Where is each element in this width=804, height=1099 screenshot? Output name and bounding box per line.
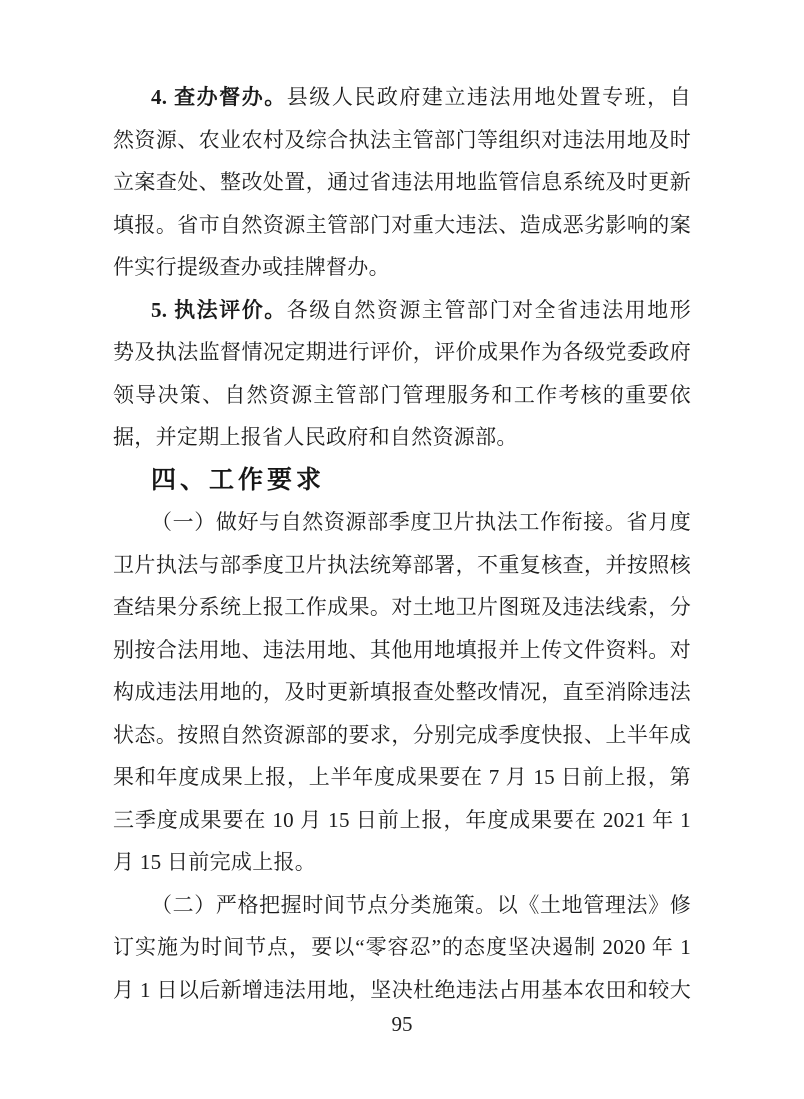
text-line: 势及执法监督情况定期进行评价，评价成果作为各级党委政府 — [113, 331, 691, 374]
paragraph-lead: 5. 执法评价。 — [151, 298, 287, 322]
paragraph-lead: 4. 查办督办。 — [151, 85, 287, 109]
text-line: 据，并定期上报省人民政府和自然资源部。 — [113, 416, 691, 459]
section-heading: 四、工作要求 — [113, 459, 691, 502]
text-line: 别按合法用地、违法用地、其他用地填报并上传文件资料。对 — [113, 629, 691, 672]
text-line: 填报。省市自然资源主管部门对重大违法、造成恶劣影响的案 — [113, 204, 691, 247]
paragraph-first-line: 4. 查办督办。县级人民政府建立违法用地处置专班，自 — [113, 76, 691, 119]
text-line: 三季度成果要在 10 月 15 日前上报，年度成果要在 2021 年 1 — [113, 799, 691, 842]
text-run: 县级人民政府建立违法用地处置专班，自 — [287, 85, 691, 109]
text-line: 果和年度成果上报，上半年度成果要在 7 月 15 日前上报，第 — [113, 756, 691, 799]
text-line: 订实施为时间节点，要以“零容忍”的态度坚决遏制 2020 年 1 — [113, 926, 691, 969]
paragraph-first-line: （一）做好与自然资源部季度卫片执法工作衔接。省月度 — [113, 501, 691, 544]
text-line: 立案查处、整改处置，通过省违法用地监管信息系统及时更新 — [113, 161, 691, 204]
document-page: 4. 查办督办。县级人民政府建立违法用地处置专班，自 然资源、农业农村及综合执法… — [0, 0, 804, 1099]
paragraph-first-line: 5. 执法评价。各级自然资源主管部门对全省违法用地形 — [113, 289, 691, 332]
text-run: 各级自然资源主管部门对全省违法用地形 — [287, 298, 691, 322]
text-line: 月 1 日以后新增违法用地，坚决杜绝违法占用基本农田和较大 — [113, 969, 691, 1012]
document-body: 4. 查办督办。县级人民政府建立违法用地处置专班，自 然资源、农业农村及综合执法… — [113, 76, 691, 1011]
text-line: 卫片执法与部季度卫片执法统筹部署，不重复核查，并按照核 — [113, 544, 691, 587]
page-number: 95 — [0, 1012, 804, 1037]
text-line: 查结果分系统上报工作成果。对土地卫片图斑及违法线索，分 — [113, 586, 691, 629]
text-line: 状态。按照自然资源部的要求，分别完成季度快报、上半年成 — [113, 714, 691, 757]
text-line: 件实行提级查办或挂牌督办。 — [113, 246, 691, 289]
text-line: 领导决策、自然资源主管部门管理服务和工作考核的重要依 — [113, 374, 691, 417]
text-line: 构成违法用地的，及时更新填报查处整改情况，直至消除违法 — [113, 671, 691, 714]
text-line: 月 15 日前完成上报。 — [113, 841, 691, 884]
paragraph-first-line: （二）严格把握时间节点分类施策。以《土地管理法》修 — [113, 884, 691, 927]
text-line: 然资源、农业农村及综合执法主管部门等组织对违法用地及时 — [113, 119, 691, 162]
